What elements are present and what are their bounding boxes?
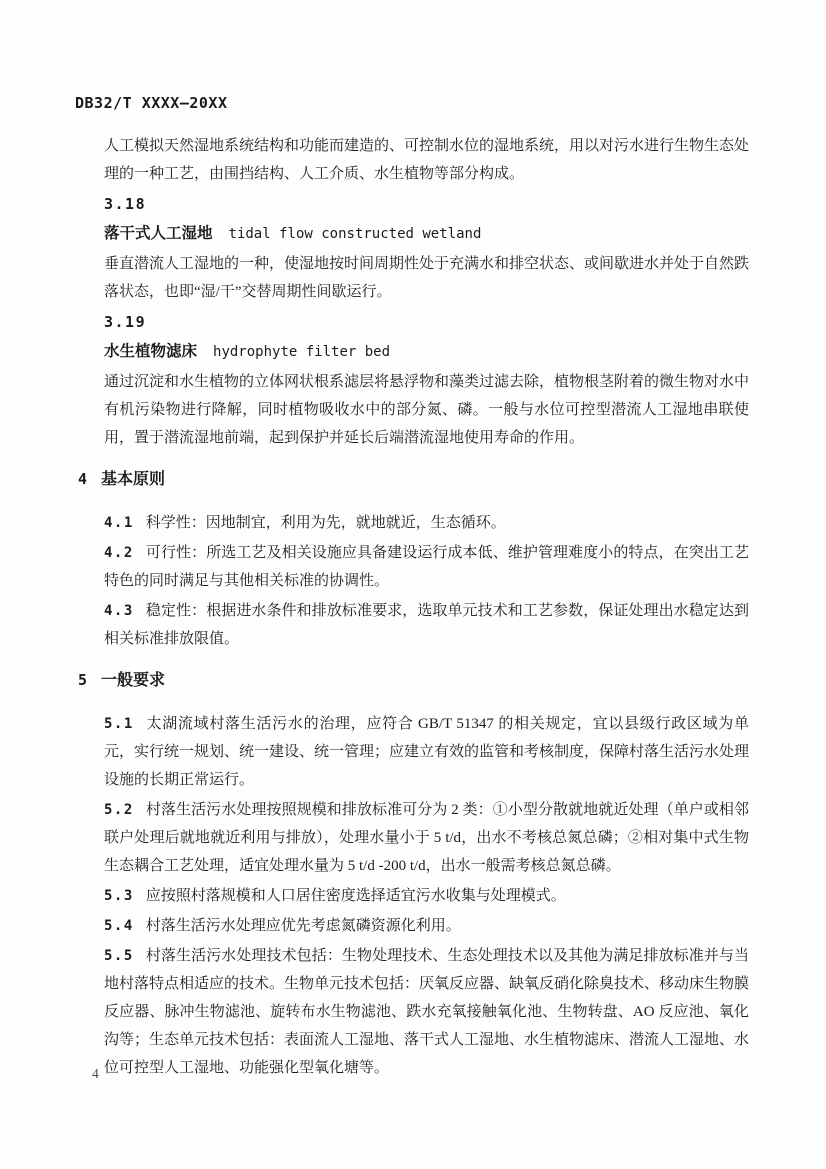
clause-paragraph: 4.2可行性：所选工艺及相关设施应具备建设运行成本低、维护管理难度小的特点，在突… [104, 539, 749, 595]
clause-number: 4.1 [104, 515, 134, 531]
term-name-zh: 落干式人工湿地 [104, 225, 213, 242]
clause-paragraph: 4.1科学性：因地制宜，利用为先，就地就近，生态循环。 [104, 509, 749, 537]
clause-number: 5.4 [104, 918, 134, 934]
page-number: 4 [92, 1066, 99, 1082]
document-page: DB32/T XXXX—20XX 人工模拟天然湿地系统结构和功能而建造的、可控制… [0, 0, 826, 1169]
term-line: 落干式人工湿地tidal flow constructed wetland [104, 220, 749, 248]
clause-number: 5.3 [104, 888, 134, 904]
clause-paragraph: 5.3应按照村落规模和人口居住密度选择适宜污水收集与处理模式。 [104, 882, 749, 910]
term-clause-number: 3.18 [104, 190, 749, 218]
section-title: 基本原则 [101, 471, 165, 488]
continued-paragraph: 人工模拟天然湿地系统结构和功能而建造的、可控制水位的湿地系统，用以对污水进行生物… [104, 132, 749, 188]
clause-paragraph: 5.5村落生活污水处理技术包括：生物处理技术、生态处理技术以及其他为满足排放标准… [104, 942, 749, 1082]
clause-text: 村落生活污水处理按照规模和排放标准可分为 2 类：①小型分散就地就近处理（单户或… [104, 802, 749, 874]
clause-text: 村落生活污水处理应优先考虑氮磷资源化利用。 [146, 918, 461, 934]
term-clause-number: 3.19 [104, 308, 749, 336]
clause-number: 5.2 [104, 802, 134, 818]
clause-number: 4.3 [104, 603, 134, 619]
clause-paragraph: 5.2村落生活污水处理按照规模和排放标准可分为 2 类：①小型分散就地就近处理（… [104, 796, 749, 880]
term-name-en: tidal flow constructed wetland [229, 226, 482, 242]
term-line: 水生植物滤床hydrophyte filter bed [104, 338, 749, 366]
section-heading: 5一般要求 [78, 666, 749, 695]
clause-text: 应按照村落规模和人口居住密度选择适宜污水收集与处理模式。 [146, 888, 566, 904]
document-body: 人工模拟天然湿地系统结构和功能而建造的、可控制水位的湿地系统，用以对污水进行生物… [104, 130, 749, 1082]
document-code-header: DB32/T XXXX—20XX [75, 94, 228, 112]
clause-paragraph: 4.3稳定性：根据进水条件和排放标准要求，选取单元技术和工艺参数，保证处理出水稳… [104, 597, 749, 653]
section-title: 一般要求 [101, 672, 165, 689]
term-name-en: hydrophyte filter bed [213, 344, 390, 360]
term-name-zh: 水生植物滤床 [104, 343, 197, 360]
clause-number: 5.5 [104, 948, 134, 964]
clause-text: 可行性：所选工艺及相关设施应具备建设运行成本低、维护管理难度小的特点，在突出工艺… [104, 545, 749, 589]
clause-text: 稳定性：根据进水条件和排放标准要求，选取单元技术和工艺参数，保证处理出水稳定达到… [104, 603, 749, 647]
clause-paragraph: 5.4村落生活污水处理应优先考虑氮磷资源化利用。 [104, 912, 749, 940]
clause-text: 村落生活污水处理技术包括：生物处理技术、生态处理技术以及其他为满足排放标准并与当… [104, 948, 749, 1076]
section-number: 5 [78, 671, 88, 689]
clause-number: 5.1 [104, 716, 134, 732]
term-definition: 通过沉淀和水生植物的立体网状根系滤层将悬浮物和藻类过滤去除，植物根茎附着的微生物… [104, 368, 749, 452]
term-definition: 垂直潜流人工湿地的一种，使湿地按时间周期性处于充满水和排空状态、或间歇进水并处于… [104, 250, 749, 306]
section-heading: 4基本原则 [78, 465, 749, 494]
clause-text: 太湖流域村落生活污水的治理，应符合 GB/T 51347 的相关规定，宜以县级行… [104, 716, 749, 788]
clause-paragraph: 5.1太湖流域村落生活污水的治理，应符合 GB/T 51347 的相关规定，宜以… [104, 710, 749, 794]
section-number: 4 [78, 470, 88, 488]
clause-text: 科学性：因地制宜，利用为先，就地就近，生态循环。 [146, 515, 506, 531]
clause-number: 4.2 [104, 545, 134, 561]
